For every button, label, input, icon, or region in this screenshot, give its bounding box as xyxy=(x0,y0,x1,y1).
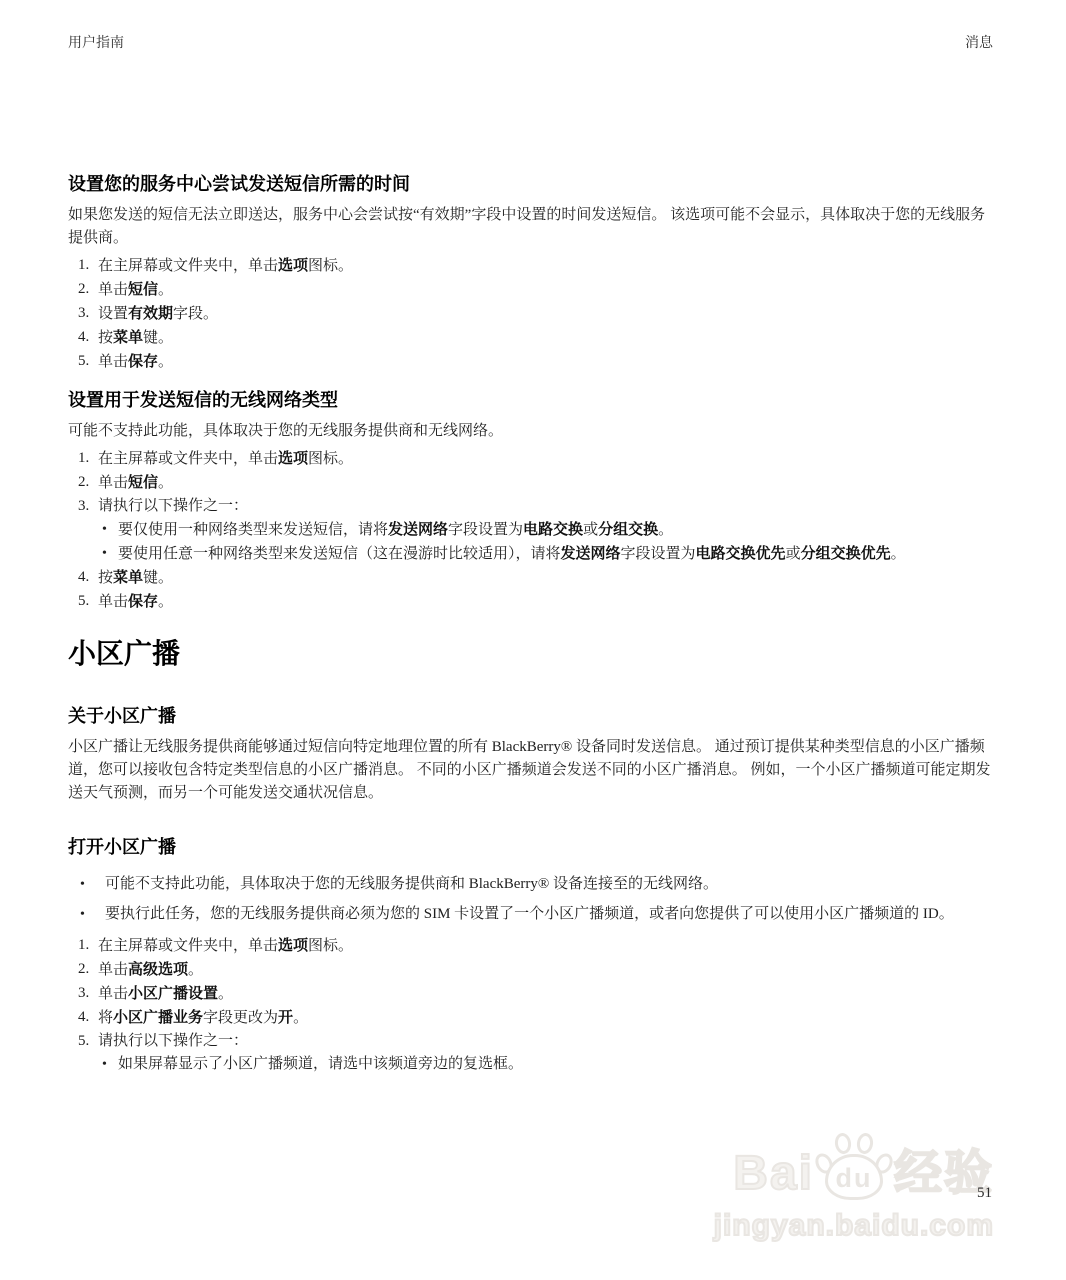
bold-term: 保存 xyxy=(128,353,158,370)
bold-term: 小区广播设置 xyxy=(128,985,218,1002)
list-item-line: 在主屏幕或文件夹中，单击选项图标。 xyxy=(98,254,1000,278)
list-number: 3. xyxy=(68,302,98,326)
list-item-line: 单击短信。 xyxy=(98,278,1000,302)
list-item-text: 要执行此任务，您的无线服务提供商必须为您的 SIM 卡设置了一个小区广播频道，或… xyxy=(105,903,1000,926)
bold-term: 保存 xyxy=(128,593,158,610)
text-run: 键。 xyxy=(143,570,173,586)
text-run: 图标。 xyxy=(308,258,353,274)
paw-pad-icon xyxy=(825,1154,883,1200)
list-item: 5.单击保存。 xyxy=(68,350,1000,374)
list-item-line: 按菜单键。 xyxy=(98,326,1000,350)
list-item-line: 请执行以下操作之一： xyxy=(98,495,1000,518)
list-number: 1. xyxy=(68,934,98,958)
list-item-line: 单击短信。 xyxy=(98,471,1000,495)
sub-bullet-text: 要使用任意一种网络类型来发送短信（这在漫游时比较适用），请将发送网络字段设置为电… xyxy=(118,542,1000,566)
list-item: •要执行此任务，您的无线服务提供商必须为您的 SIM 卡设置了一个小区广播频道，… xyxy=(68,903,1000,926)
bold-term: 短信 xyxy=(128,281,158,298)
text-run: 在主屏幕或文件夹中，单击 xyxy=(98,938,278,954)
list-item-line: 在主屏幕或文件夹中，单击选项图标。 xyxy=(98,447,1000,471)
list-item-text: 请执行以下操作之一：•要仅使用一种网络类型来发送短信，请将发送网络字段设置为电路… xyxy=(98,495,1000,566)
bold-term: 选项 xyxy=(278,257,308,274)
list-item-text: 请执行以下操作之一：•如果屏幕显示了小区广播频道，请选中该频道旁边的复选框。 xyxy=(98,1030,1000,1076)
list-item: 4.按菜单键。 xyxy=(68,566,1000,590)
list-item-line: 单击高级选项。 xyxy=(98,958,1000,982)
text-run: 。 xyxy=(158,282,173,298)
text-run: 在主屏幕或文件夹中，单击 xyxy=(98,451,278,467)
bold-term: 高级选项 xyxy=(128,961,188,978)
list-number: 2. xyxy=(68,958,98,982)
ordered-list: 1.在主屏幕或文件夹中，单击选项图标。2.单击短信。3.请执行以下操作之一：•要… xyxy=(68,447,1000,614)
bullet-icon: • xyxy=(68,873,105,896)
list-item-line: 单击小区广播设置。 xyxy=(98,982,1000,1006)
list-item: 4.将小区广播业务字段更改为开。 xyxy=(68,1006,1000,1030)
list-number: 1. xyxy=(68,254,98,278)
text-run: 。 xyxy=(158,475,173,491)
text-run: 。 xyxy=(293,1010,308,1026)
list-number: 5. xyxy=(68,350,98,374)
baidu-jingyan-watermark: Bai du 经验 jingyan.baidu.com xyxy=(714,1130,994,1243)
list-item-text: 在主屏幕或文件夹中，单击选项图标。 xyxy=(98,447,1000,471)
text-run: 如果屏幕显示了小区广播频道，请选中该频道旁边的复选框。 xyxy=(118,1056,523,1072)
list-item-line: 设置有效期字段。 xyxy=(98,302,1000,326)
list-item: 1.在主屏幕或文件夹中，单击选项图标。 xyxy=(68,447,1000,471)
list-item: 2.单击高级选项。 xyxy=(68,958,1000,982)
bold-term: 菜单 xyxy=(113,329,143,346)
bold-term: 电路交换优先 xyxy=(696,545,786,562)
list-number: 1. xyxy=(68,447,98,471)
text-run: 单击 xyxy=(98,475,128,491)
text-run: 字段设置为 xyxy=(448,522,523,538)
text-run: 。 xyxy=(218,986,233,1002)
paw-toe-icon xyxy=(872,1150,896,1176)
watermark-url: jingyan.baidu.com xyxy=(714,1209,994,1243)
list-item-line: 要执行此任务，您的无线服务提供商必须为您的 SIM 卡设置了一个小区广播频道，或… xyxy=(105,903,1000,926)
paragraph: 小区广播让无线服务提供商能够通过短信向特定地理位置的所有 BlackBerry®… xyxy=(68,736,1000,805)
text-run: 单击 xyxy=(98,282,128,298)
text-run: 或 xyxy=(786,546,801,562)
list-item-line: 可能不支持此功能，具体取决于您的无线服务提供商和 BlackBerry® 设备连… xyxy=(105,873,1000,896)
list-number: 2. xyxy=(68,471,98,495)
list-item-text: 按菜单键。 xyxy=(98,566,1000,590)
section-title: 设置您的服务中心尝试发送短信所需的时间 xyxy=(68,172,1000,196)
text-run: 图标。 xyxy=(308,938,353,954)
bullet-list: •可能不支持此功能，具体取决于您的无线服务提供商和 BlackBerry® 设备… xyxy=(68,873,1000,926)
text-run: 设置 xyxy=(98,306,128,322)
list-item: 1.在主屏幕或文件夹中，单击选项图标。 xyxy=(68,254,1000,278)
text-run: 可能不支持此功能，具体取决于您的无线服务提供商和 BlackBerry® 设备连… xyxy=(105,876,718,892)
text-run: 。 xyxy=(891,546,906,562)
list-item: 3.单击小区广播设置。 xyxy=(68,982,1000,1006)
ordered-list: 1.在主屏幕或文件夹中，单击选项图标。2.单击短信。3.设置有效期字段。4.按菜… xyxy=(68,254,1000,374)
list-item: 3.设置有效期字段。 xyxy=(68,302,1000,326)
sub-bullet-text: 如果屏幕显示了小区广播频道，请选中该频道旁边的复选框。 xyxy=(118,1053,1000,1076)
section-title: 打开小区广播 xyxy=(68,835,1000,859)
text-run: 键。 xyxy=(143,330,173,346)
list-number: 5. xyxy=(68,590,98,614)
bold-term: 选项 xyxy=(278,937,308,954)
list-item-text: 单击高级选项。 xyxy=(98,958,1000,982)
list-item-text: 将小区广播业务字段更改为开。 xyxy=(98,1006,1000,1030)
text-run: 将 xyxy=(98,1010,113,1026)
list-item-line: 请执行以下操作之一： xyxy=(98,1030,1000,1053)
bold-term: 分组交换优先 xyxy=(801,545,891,562)
text-run: 按 xyxy=(98,570,113,586)
bullet-icon: • xyxy=(98,518,118,542)
list-item-line: 在主屏幕或文件夹中，单击选项图标。 xyxy=(98,934,1000,958)
list-item: 3.请执行以下操作之一：•要仅使用一种网络类型来发送短信，请将发送网络字段设置为… xyxy=(68,495,1000,566)
paw-toe-icon xyxy=(812,1150,836,1176)
bold-term: 选项 xyxy=(278,450,308,467)
list-number: 4. xyxy=(68,326,98,350)
list-item: 4.按菜单键。 xyxy=(68,326,1000,350)
text-run: 或 xyxy=(583,522,598,538)
list-item-line: 单击保存。 xyxy=(98,590,1000,614)
bold-term: 菜单 xyxy=(113,569,143,586)
list-item-text: 在主屏幕或文件夹中，单击选项图标。 xyxy=(98,254,1000,278)
list-item-line: 按菜单键。 xyxy=(98,566,1000,590)
bullet-icon: • xyxy=(98,542,118,566)
list-item: 5.请执行以下操作之一：•如果屏幕显示了小区广播频道，请选中该频道旁边的复选框。 xyxy=(68,1030,1000,1076)
text-run: 要使用任意一种网络类型来发送短信（这在漫游时比较适用），请将 xyxy=(118,546,561,562)
text-run: 要仅使用一种网络类型来发送短信，请将 xyxy=(118,522,388,538)
list-item-line: 单击保存。 xyxy=(98,350,1000,374)
list-item: 2.单击短信。 xyxy=(68,278,1000,302)
paragraph: 如果您发送的短信无法立即送达，服务中心会尝试按“有效期”字段中设置的时间发送短信… xyxy=(68,204,1000,250)
text-run: 在主屏幕或文件夹中，单击 xyxy=(98,258,278,274)
paw-toe-icon xyxy=(834,1132,853,1155)
text-run: 字段。 xyxy=(173,306,218,322)
text-run: 请执行以下操作之一： xyxy=(98,498,248,514)
bold-term: 电路交换 xyxy=(523,521,583,538)
text-run: 按 xyxy=(98,330,113,346)
bold-term: 开 xyxy=(278,1009,293,1026)
list-number: 4. xyxy=(68,566,98,590)
bold-term: 发送网络 xyxy=(561,545,621,562)
sub-bullet-item: •要使用任意一种网络类型来发送短信（这在漫游时比较适用），请将发送网络字段设置为… xyxy=(98,542,1000,566)
list-item-text: 单击保存。 xyxy=(98,350,1000,374)
list-item-text: 设置有效期字段。 xyxy=(98,302,1000,326)
text-run: 可能不支持此功能，具体取决于您的无线服务提供商和无线网络。 xyxy=(68,423,503,439)
list-item: •可能不支持此功能，具体取决于您的无线服务提供商和 BlackBerry® 设备… xyxy=(68,873,1000,896)
list-number: 4. xyxy=(68,1006,98,1030)
list-item-text: 按菜单键。 xyxy=(98,326,1000,350)
bold-term: 发送网络 xyxy=(388,521,448,538)
list-item: 2.单击短信。 xyxy=(68,471,1000,495)
bold-term: 有效期 xyxy=(128,305,173,322)
bold-term: 分组交换 xyxy=(598,521,658,538)
document-body: 设置您的服务中心尝试发送短信所需的时间如果您发送的短信无法立即送达，服务中心会尝… xyxy=(68,0,1000,1076)
section-title: 设置用于发送短信的无线网络类型 xyxy=(68,388,1000,412)
text-run: 字段更改为 xyxy=(203,1010,278,1026)
list-item-text: 单击短信。 xyxy=(98,278,1000,302)
text-run: 单击 xyxy=(98,594,128,610)
list-number: 3. xyxy=(68,495,98,566)
list-number: 3. xyxy=(68,982,98,1006)
watermark-bai-text: Bai xyxy=(733,1148,814,1200)
sub-bullet-item: •要仅使用一种网络类型来发送短信，请将发送网络字段设置为电路交换或分组交换。 xyxy=(98,518,1000,542)
list-item-text: 单击小区广播设置。 xyxy=(98,982,1000,1006)
text-run: 图标。 xyxy=(308,451,353,467)
text-run: 请执行以下操作之一： xyxy=(98,1033,248,1049)
list-item-text: 可能不支持此功能，具体取决于您的无线服务提供商和 BlackBerry® 设备连… xyxy=(105,873,1000,896)
list-item: 1.在主屏幕或文件夹中，单击选项图标。 xyxy=(68,934,1000,958)
list-number: 5. xyxy=(68,1030,98,1076)
bold-term: 小区广播业务 xyxy=(113,1009,203,1026)
text-run: 单击 xyxy=(98,986,128,1002)
list-item-text: 单击保存。 xyxy=(98,590,1000,614)
list-item-line: 将小区广播业务字段更改为开。 xyxy=(98,1006,1000,1030)
text-run: 字段设置为 xyxy=(621,546,696,562)
text-run: 。 xyxy=(158,594,173,610)
chapter-title: 小区广播 xyxy=(68,636,1000,672)
bold-term: 短信 xyxy=(128,474,158,491)
text-run: 。 xyxy=(658,522,673,538)
watermark-logo-row: Bai du 经验 xyxy=(714,1130,994,1200)
sub-bullet-text: 要仅使用一种网络类型来发送短信，请将发送网络字段设置为电路交换或分组交换。 xyxy=(118,518,1000,542)
text-run: 。 xyxy=(158,354,173,370)
bullet-icon: • xyxy=(68,903,105,926)
text-run: 单击 xyxy=(98,354,128,370)
baidu-paw-icon: du xyxy=(818,1130,890,1200)
text-run: 要执行此任务，您的无线服务提供商必须为您的 SIM 卡设置了一个小区广播频道，或… xyxy=(105,906,954,922)
watermark-du-text: du xyxy=(825,1160,883,1196)
list-item: 5.单击保存。 xyxy=(68,590,1000,614)
page-number: 51 xyxy=(977,1185,992,1202)
bullet-icon: • xyxy=(98,1053,118,1076)
list-item-text: 单击短信。 xyxy=(98,471,1000,495)
text-run: 。 xyxy=(188,962,203,978)
text-run: 单击 xyxy=(98,962,128,978)
ordered-list: 1.在主屏幕或文件夹中，单击选项图标。2.单击高级选项。3.单击小区广播设置。4… xyxy=(68,934,1000,1076)
list-item-text: 在主屏幕或文件夹中，单击选项图标。 xyxy=(98,934,1000,958)
paragraph: 可能不支持此功能，具体取决于您的无线服务提供商和无线网络。 xyxy=(68,420,1000,443)
section-title: 关于小区广播 xyxy=(68,704,1000,728)
text-run: 小区广播让无线服务提供商能够通过短信向特定地理位置的所有 BlackBerry®… xyxy=(68,739,991,801)
paw-toe-icon xyxy=(856,1132,875,1155)
list-number: 2. xyxy=(68,278,98,302)
sub-bullet-item: •如果屏幕显示了小区广播频道，请选中该频道旁边的复选框。 xyxy=(98,1053,1000,1076)
text-run: 如果您发送的短信无法立即送达，服务中心会尝试按“有效期”字段中设置的时间发送短信… xyxy=(68,207,985,246)
